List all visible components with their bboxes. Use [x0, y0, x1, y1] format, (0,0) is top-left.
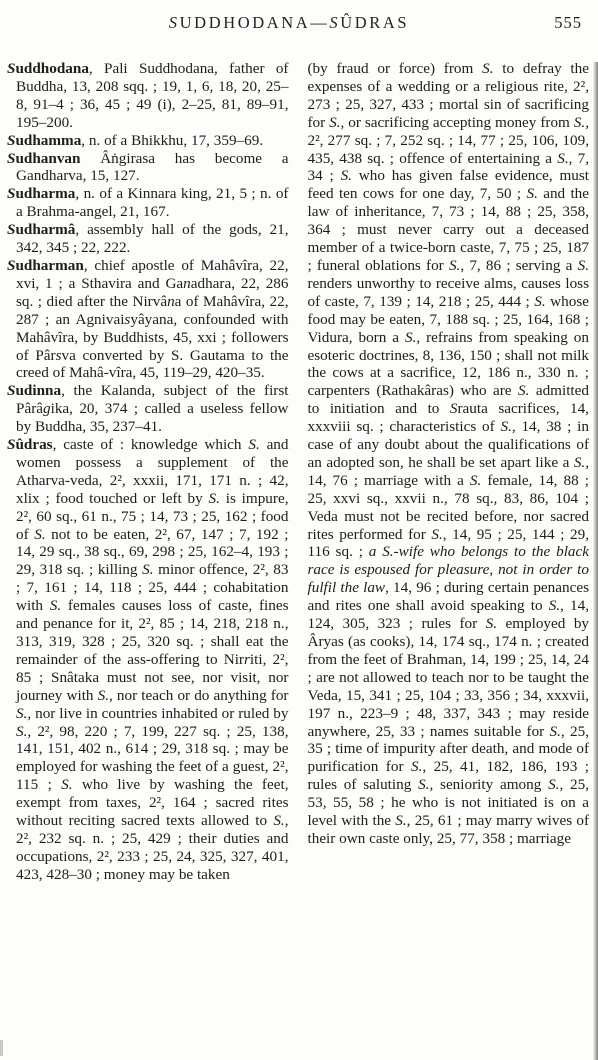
index-entry-sudinna: Sudinna, the Kalanda, subject of the fir… [7, 382, 289, 436]
text-segment-i: S. [482, 60, 493, 77]
text-segment-i: S. [557, 150, 568, 167]
text-segment-i: S. [418, 776, 429, 793]
text-segment: (by fraud or force) from [308, 60, 483, 77]
text-segment-i: S. [500, 418, 511, 435]
text-segment-b: udhanvan [15, 150, 80, 167]
text-segment-i: S [450, 400, 458, 417]
text-segment-i: S. [411, 758, 422, 775]
text-segment-b: udhamma [15, 132, 81, 149]
text-segment-i: S. [395, 812, 406, 829]
text-segment-i: S. [549, 597, 560, 614]
text-segment-i: S. [61, 776, 72, 793]
text-segment-i: S. [534, 293, 545, 310]
text-segment-i: g [43, 400, 51, 417]
text-columns: Suddhodana, Pali Suddhodana, father of B… [0, 53, 598, 884]
index-entry-sudhamma: Sudhamma, n. of a Bhikkhu, 17, 359–69. [7, 132, 289, 150]
text-segment: , caste of : knowledge which [53, 436, 249, 453]
text-segment-i: S. [405, 329, 416, 346]
text-segment-i: S. [273, 812, 284, 829]
index-entry-suddhodana: Suddhodana, Pali Suddhodana, father of B… [7, 60, 289, 132]
text-segment-i: S. [574, 454, 585, 471]
text-segment-i: S. [50, 597, 61, 614]
text-segment-i: S. [209, 490, 220, 507]
page-number: 555 [554, 13, 582, 33]
text-segment: employed by Âryas (as cooks), 14, 174 sq… [308, 615, 590, 739]
text-segment-b: uddhodana [15, 60, 88, 77]
text-segment: , 7, 86 ; serving a [460, 257, 577, 274]
book-page: SUDDHODANA—SÛDRAS 555 Suddhodana, Pali S… [0, 0, 598, 1060]
text-segment-i: S [329, 13, 340, 32]
index-entry-sudhanvan: Sudhanvan Âṅgirasa has become a Gandharv… [7, 150, 289, 186]
text-segment-b: udharma [15, 185, 75, 202]
text-segment-i: S. [16, 723, 27, 740]
text-segment-b: ûdras [15, 436, 52, 453]
left-column: Suddhodana, Pali Suddhodana, father of B… [7, 60, 289, 884]
text-segment-i: S. [550, 723, 561, 740]
text-segment-i: S. [470, 472, 481, 489]
right-column: (by fraud or force) from S. to defray th… [308, 60, 590, 884]
text-segment-i: S. [248, 436, 259, 453]
text-segment-b: udharman [15, 257, 83, 274]
text-segment-i: S. [578, 257, 589, 274]
text-segment-i: S. [574, 114, 585, 131]
text-segment: , n. of a Bhikkhu, 17, 359–69. [81, 132, 263, 149]
text-segment-i: S. [329, 114, 340, 131]
text-segment-b: udharmâ [15, 221, 75, 238]
running-head: SUDDHODANA—SÛDRAS 555 [0, 0, 598, 53]
text-segment-i: S. [98, 687, 109, 704]
scan-smudge [0, 1040, 3, 1056]
text-segment-i: S. [431, 526, 442, 543]
text-segment-i: S. [526, 185, 537, 202]
index-entry-sudharman: Sudharman, chief apostle of Mahâvîra, 22… [7, 257, 289, 382]
text-segment-i: S. [341, 167, 352, 184]
text-segment-i: n [183, 275, 191, 292]
text-segment-i: S. [142, 561, 153, 578]
text-segment-i: S [169, 13, 180, 32]
index-entry-sudharma: Sudharma, n. of a Kinnara king, 21, 5 ; … [7, 185, 289, 221]
text-segment-i: S. [548, 776, 559, 793]
text-segment-i: S. [16, 705, 27, 722]
text-segment: UDDHODANA— [180, 13, 330, 32]
text-segment: , seniority among [429, 776, 548, 793]
text-segment-i: S. [518, 382, 529, 399]
text-segment-i: S. [486, 615, 497, 632]
index-entry-sudharma-hall: Sudharmâ, assembly hall of the gods, 21,… [7, 221, 289, 257]
text-segment-i: S. [34, 526, 45, 543]
page-title: SUDDHODANA—SÛDRAS [40, 13, 538, 33]
text-segment-b: udinna [15, 382, 61, 399]
index-entry-sudras: Sûdras, caste of : knowledge which S. an… [7, 436, 289, 884]
text-segment: ika, 20, 374 ; called a useless fellow b… [16, 400, 289, 435]
index-entry-sudras-continued: (by fraud or force) from S. to defray th… [308, 60, 590, 848]
text-segment: ÛDRAS [340, 13, 409, 32]
text-segment: , nor teach or do anything for [109, 687, 288, 704]
text-segment: , or sacrificing accepting money from [341, 114, 574, 131]
text-segment: , nor live in countries inhabited or rul… [27, 705, 288, 722]
text-segment-i: S. [449, 257, 460, 274]
text-segment-i: n [167, 293, 175, 310]
